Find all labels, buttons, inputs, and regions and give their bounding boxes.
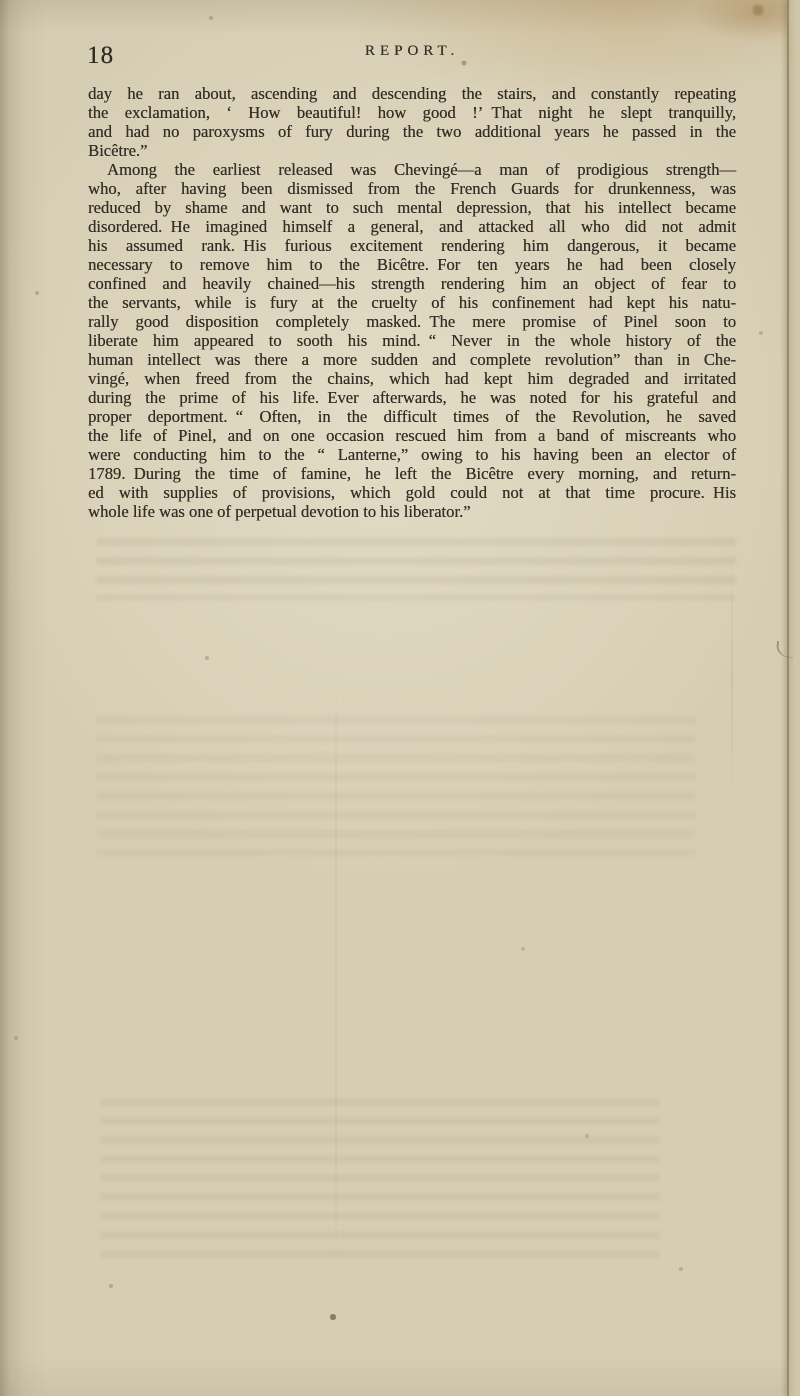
text-line: his assumed rank. His furious excitement… <box>88 236 736 255</box>
text-line: proper deportment. “ Often, in the diffi… <box>88 407 736 426</box>
text-line: were conducting him to the “ Lanterne,” … <box>88 445 736 464</box>
text-line: liberate him appeared to sooth his mind.… <box>88 331 736 350</box>
text-line: vingé, when freed from the chains, which… <box>88 369 736 388</box>
text-line: the exclamation, ‘ How beautiful! how go… <box>88 103 736 122</box>
text-line: disordered. He imagined himself a genera… <box>88 217 736 236</box>
text-line: day he ran about, ascending and descendi… <box>88 84 736 103</box>
verso-show-through-upper <box>96 538 736 600</box>
text-line: who, after having been dismissed from th… <box>88 179 736 198</box>
text-line: the servants, while is fury at the cruel… <box>88 293 736 312</box>
text-line: ed with supplies of provisions, which go… <box>88 483 736 502</box>
page-body: day he ran about, ascending and descendi… <box>88 84 736 521</box>
text-line: whole life was one of perpetual devotion… <box>88 502 736 521</box>
text-line: confined and heavily chained—his strengt… <box>88 274 736 293</box>
text-line: necessary to remove him to the Bicêtre. … <box>88 255 736 274</box>
verso-show-through-lower <box>100 1098 660 1263</box>
text-line: Among the earliest released was Chevingé… <box>88 160 736 179</box>
text-line: 1789. During the time of famine, he left… <box>88 464 736 483</box>
text-line: Bicêtre.” <box>88 141 736 160</box>
book-page-scan: 18 REPORT. day he ran about, ascending a… <box>0 0 800 1396</box>
text-line: reduced by shame and want to such mental… <box>88 198 736 217</box>
text-line: and had no paroxysms of fury during the … <box>88 122 736 141</box>
running-header: REPORT. <box>88 43 736 60</box>
text-line: rally good disposition completely masked… <box>88 312 736 331</box>
foxing-speckles <box>0 0 2 2</box>
underlying-page-edge <box>787 0 800 1396</box>
text-line: the life of Pinel, and on one occasion r… <box>88 426 736 445</box>
page-edge-kink <box>775 641 795 658</box>
verso-show-through-middle <box>96 716 696 856</box>
text-line: human intellect was there a more sudden … <box>88 350 736 369</box>
text-line: during the prime of his life. Ever after… <box>88 388 736 407</box>
